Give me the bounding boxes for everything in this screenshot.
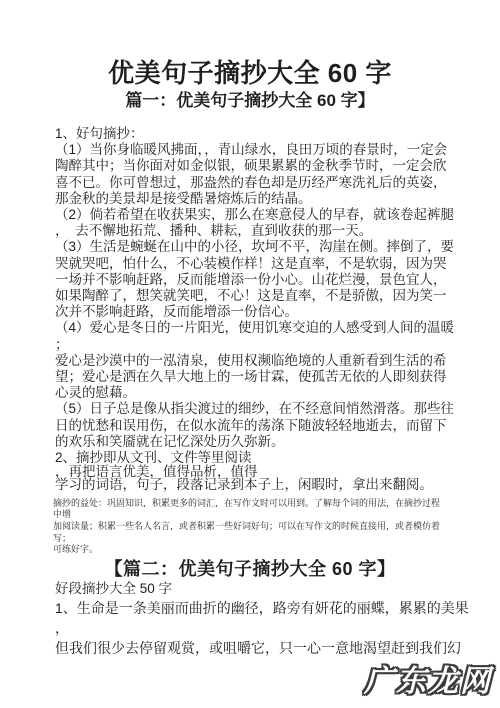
body-line: （3）生活是蜿蜒在山中的小径，坎坷不平，沟崖在侧。摔倒了，要 [55, 239, 445, 255]
body-line: 次并不影响赶路，反而能增添一份信心。 [55, 304, 445, 320]
body-line: （2）倘若希望在收获果实，那么在寒意侵人的早春，就该卷起裤腿 [55, 207, 445, 223]
body-line: （4）爱心是冬日的一片阳光，使用饥寒交迫的人感受到人间的温暖 [55, 320, 445, 336]
part1-body: 1、好句摘抄： （1）当你身临暖风拂面，，青山绿水，良田万顷的春景时，一定会 陶… [55, 126, 445, 492]
body-line: 1、好句摘抄： [55, 126, 445, 142]
body-line: 陶醉其中；当你面对如金似银，硕果累累的金秋季节时，一定会欣 [55, 158, 445, 174]
note-line: 加阅读量；积累一些名人名言，或者积累一些好词好句；可以在写作文的时候直接用，或者… [53, 521, 447, 544]
body-line: ， 去不懈地拓荒、播种、耕耘，直到收获的那一天。 [55, 223, 445, 239]
body-line: 喜不已。你可曾想过，那盎然的春色却是历经严寒洗礼后的英姿， [55, 175, 445, 191]
benefits-note: 摘抄的益处：巩固知识，积累更多的词汇，在写作文时可以用到。了解每个词的用法，在摘… [53, 498, 447, 556]
body-line: 如果陶醉了，想笑就笑吧，不心！这是直率，不是骄傲，因为笑一 [55, 288, 445, 304]
body-line: 的欢乐和笑靥就在记忆深处历久弥新。 [55, 434, 445, 450]
body-line: 那金秋的美景却是接受酷暑熔炼后的结晶。 [55, 191, 445, 207]
note-line: 可练好字。 [53, 544, 447, 556]
site-watermark: 广东龙网 [364, 656, 492, 700]
body-line: 爱心是沙漠中的一泓清泉，使用权濒临绝境的人重新看到生活的希 [55, 353, 445, 369]
document-title: 优美句子摘抄大全 60 字 [0, 57, 500, 89]
part2-heading: 【篇二：优美句子摘抄大全 60 字】 [0, 558, 500, 580]
part2-body: 1、生命是一条美丽而曲折的幽径，路旁有妍花的丽蝶，累累的美果 ， 但我们很少去停… [55, 598, 445, 658]
body-line: 哭就哭吧，怕什么，不心装模作样！这是直率，不是软弱，因为哭 [55, 256, 445, 272]
part1-heading: 篇一：优美句子摘抄大全 60 字】 [0, 91, 500, 111]
body-line: 日的忧愁和误用伤，在似水流年的荡涤下随波轻轻地逝去，而留下 [55, 418, 445, 434]
note-line: 摘抄的益处：巩固知识，积累更多的词汇，在写作文时可以用到。了解每个词的用法，在摘… [53, 498, 447, 521]
body-line: 学习的词语，句子，段落记录到本子上，闲暇时，拿出来翻阅。 [55, 479, 445, 492]
body-line: ， [55, 618, 445, 638]
body-line: ； [55, 337, 445, 353]
body-line: 但我们很少去停留观赏，或咀嚼它，只一心一意地渴望赶到我们幻 [55, 638, 445, 658]
body-line: 心灵的慰藉。 [55, 385, 445, 401]
body-line: 一场并不影响赶路，反而能增添一份小心。山花烂漫，景色宜人， [55, 272, 445, 288]
body-line: 1、生命是一条美丽而曲折的幽径，路旁有妍花的丽蝶，累累的美果 [55, 598, 445, 618]
body-line: （5）日子总是像从指尖渡过的细纱，在不经意间悄然滑落。那些往 [55, 401, 445, 417]
part2-subheading: 好段摘抄大全 50 字 [55, 580, 445, 598]
document-page: 优美句子摘抄大全 60 字 篇一：优美句子摘抄大全 60 字】 1、好句摘抄： … [0, 0, 500, 708]
body-line: （1）当你身临暖风拂面，，青山绿水，良田万顷的春景时，一定会 [55, 142, 445, 158]
body-line: 望；爱心是洒在久旱大地上的一场甘霖，使孤苦无依的人即刻获得 [55, 369, 445, 385]
